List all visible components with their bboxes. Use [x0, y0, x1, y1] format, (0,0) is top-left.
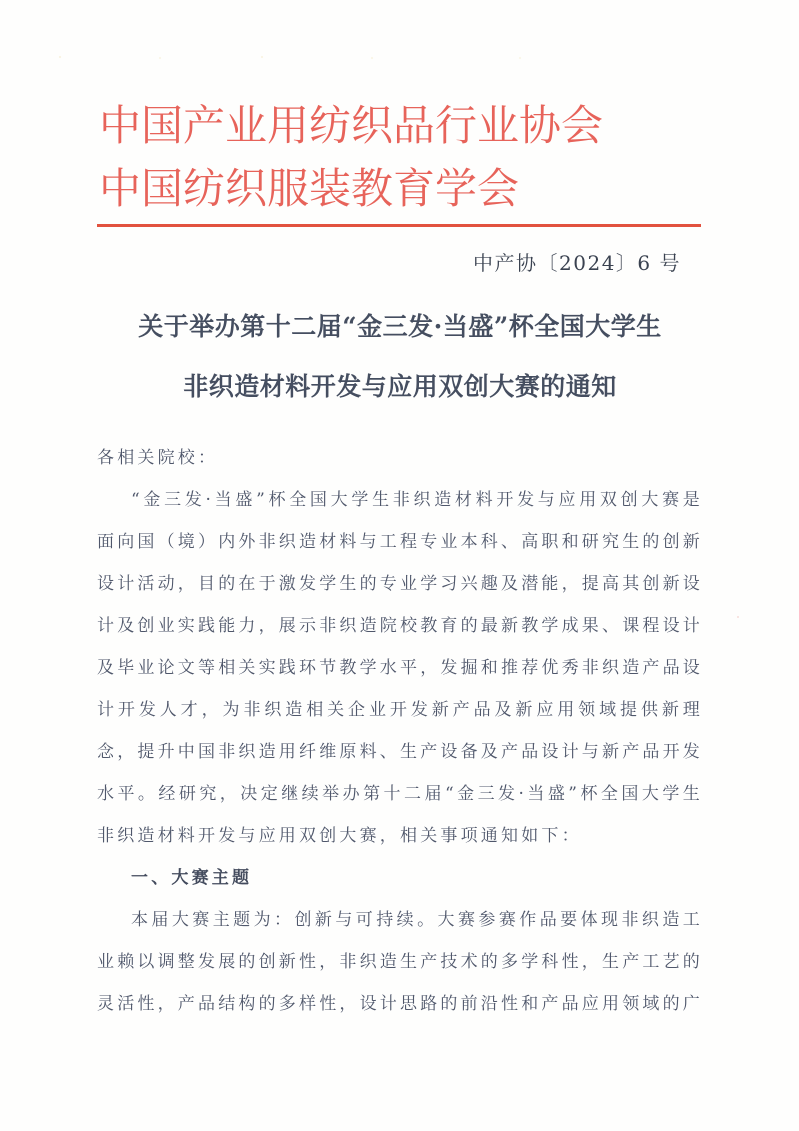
- org-name-line-1: 中国产业用纺织品行业协会: [99, 94, 683, 157]
- org-name-line-2: 中国纺织服装教育学会: [99, 157, 683, 220]
- intro-paragraph: “金三发·当盛”杯全国大学生非织造材料开发与应用双创大赛是面向国（境）内外非织造…: [97, 479, 703, 857]
- letterhead: 中国产业用纺织品行业协会 中国纺织服装教育学会: [99, 94, 683, 220]
- letterhead-divider-line: [97, 224, 701, 227]
- salutation: 各相关院校：: [97, 437, 703, 479]
- theme-paragraph: 本届大赛主题为：创新与可持续。大赛参赛作品要体现非织造工业赖以调整发展的创新性，…: [97, 899, 703, 1025]
- title-line-2: 非织造材料开发与应用双创大赛的通知: [97, 357, 703, 417]
- title-line-1: 关于举办第十二届“金三发·当盛”杯全国大学生: [97, 297, 703, 357]
- document-body: 各相关院校： “金三发·当盛”杯全国大学生非织造材料开发与应用双创大赛是面向国（…: [97, 437, 703, 1025]
- scanned-document-page: 中国产业用纺织品行业协会 中国纺织服装教育学会 中产协〔2024〕6 号 关于举…: [0, 0, 799, 1131]
- document-number: 中产协〔2024〕6 号: [97, 248, 681, 278]
- document-title: 关于举办第十二届“金三发·当盛”杯全国大学生 非织造材料开发与应用双创大赛的通知: [97, 297, 703, 417]
- section-heading-competition-theme: 一、大赛主题: [97, 857, 703, 899]
